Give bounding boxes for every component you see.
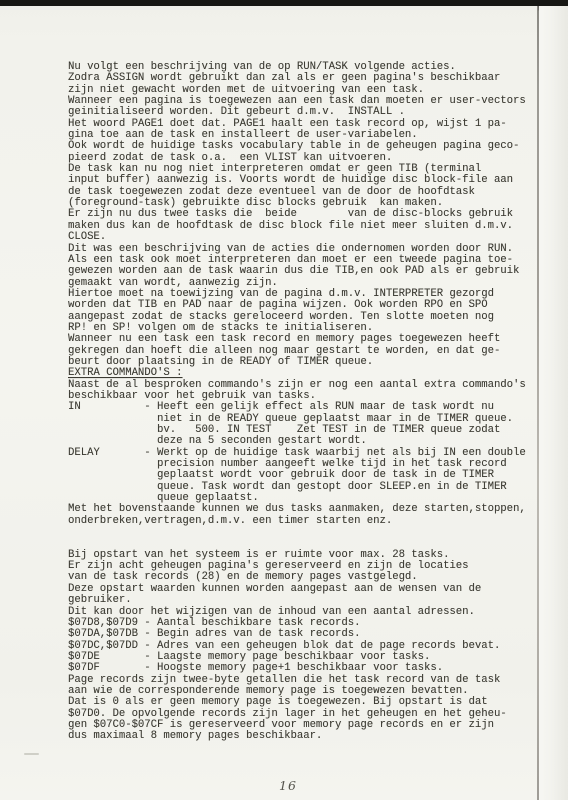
text-line: IN - Heeft een gelijk effect als RUN maa… bbox=[68, 402, 538, 413]
text-line: CLOSE. bbox=[68, 232, 538, 243]
text-line: deze na 5 seconden gestart wordt. bbox=[68, 436, 538, 447]
text-line: Wanneer nu een task een task record en m… bbox=[68, 334, 538, 345]
text-line: maken dus kan de hoofdtask de disc block… bbox=[68, 221, 538, 232]
text-line: $07DA,$07DB - Begin adres van de task re… bbox=[68, 629, 538, 640]
text-line bbox=[68, 527, 538, 538]
adjacent-page-edge bbox=[539, 6, 568, 800]
text-line: gebruiker. bbox=[68, 595, 538, 606]
scanned-manual-page: Nu volgt een beschrijving van de op RUN/… bbox=[0, 0, 568, 800]
text-line: Zodra ASSIGN wordt gebruikt dan zal als … bbox=[68, 73, 538, 84]
text-line: $07DF - Hoogste memory page+1 beschikbaa… bbox=[68, 663, 538, 674]
text-line: onderbreken,vertragen,d.m.v. een timer s… bbox=[68, 516, 538, 527]
scan-artifact-dash bbox=[24, 753, 39, 755]
text-line: Dat is 0 als er geen memory page is toeg… bbox=[68, 697, 538, 708]
text-line: EXTRA COMMANDO'S : bbox=[68, 368, 538, 379]
text-line: dus maximaal 8 memory pages beschikbaar. bbox=[68, 731, 538, 742]
scan-edge-top bbox=[0, 0, 568, 6]
text-line: Deze opstart waarden kunnen worden aange… bbox=[68, 584, 538, 595]
text-line: gewezen worden aan de task waarin dus di… bbox=[68, 266, 538, 277]
page-number: 16 bbox=[266, 778, 310, 793]
text-line: worden dat TIB en PAD naar de pagina wij… bbox=[68, 300, 538, 311]
typewritten-text: Nu volgt een beschrijving van de op RUN/… bbox=[68, 62, 538, 743]
